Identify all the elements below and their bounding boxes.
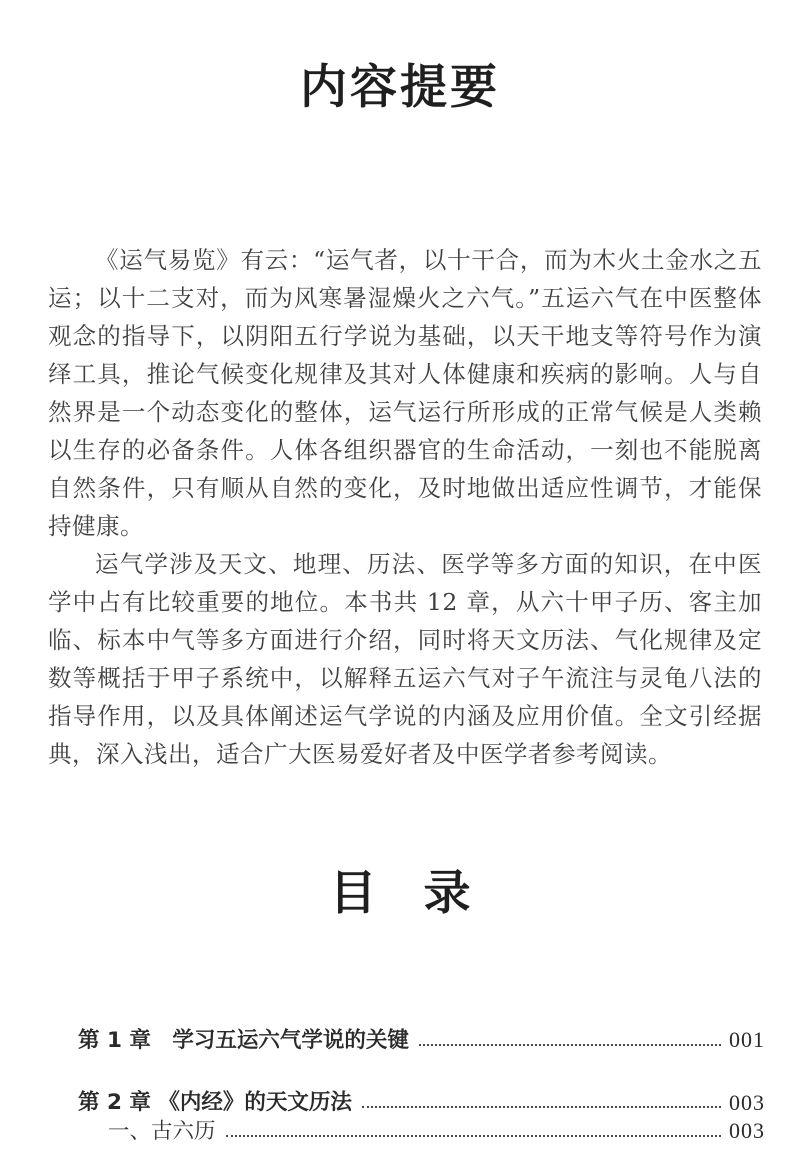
- toc-entry-label: 第 1 章 学习五运六气学说的关键: [78, 1027, 409, 1055]
- summary-body: 《运气易览》有云：“运气者，以十干合，而为木火土金水之五运；以十二支对，而为风寒…: [48, 241, 762, 773]
- toc-page-number: 003: [729, 1117, 765, 1146]
- toc-page-number: 003: [729, 1089, 765, 1118]
- summary-paragraph-2: 运气学涉及天文、地理、历法、医学等多方面的知识，在中医学中占有比较重要的地位。本…: [48, 545, 762, 773]
- dotted-leader: [226, 1135, 721, 1137]
- summary-title: 内容提要: [0, 50, 800, 117]
- dotted-leader: [419, 1044, 721, 1046]
- dotted-leader: [362, 1106, 721, 1108]
- toc-entry-label: 一、古六历: [108, 1118, 216, 1146]
- toc-entry-chapter-1: 第 1 章 学习五运六气学说的关键 001: [78, 1026, 765, 1055]
- book-page: 内容提要 《运气易览》有云：“运气者，以十干合，而为木火土金水之五运；以十二支对…: [0, 0, 800, 1160]
- toc-page-number: 001: [729, 1026, 765, 1055]
- summary-paragraph-1: 《运气易览》有云：“运气者，以十干合，而为木火土金水之五运；以十二支对，而为风寒…: [48, 241, 762, 545]
- toc-title: 目 录: [0, 856, 800, 923]
- toc-entry-section-1: 一、古六历 003: [78, 1117, 765, 1146]
- toc-list: 第 1 章 学习五运六气学说的关键 001 第 2 章 《内经》的天文历法 00…: [78, 1026, 765, 1146]
- toc-entry-chapter-2: 第 2 章 《内经》的天文历法 003: [78, 1089, 765, 1118]
- toc-entry-label: 第 2 章 《内经》的天文历法: [78, 1089, 352, 1117]
